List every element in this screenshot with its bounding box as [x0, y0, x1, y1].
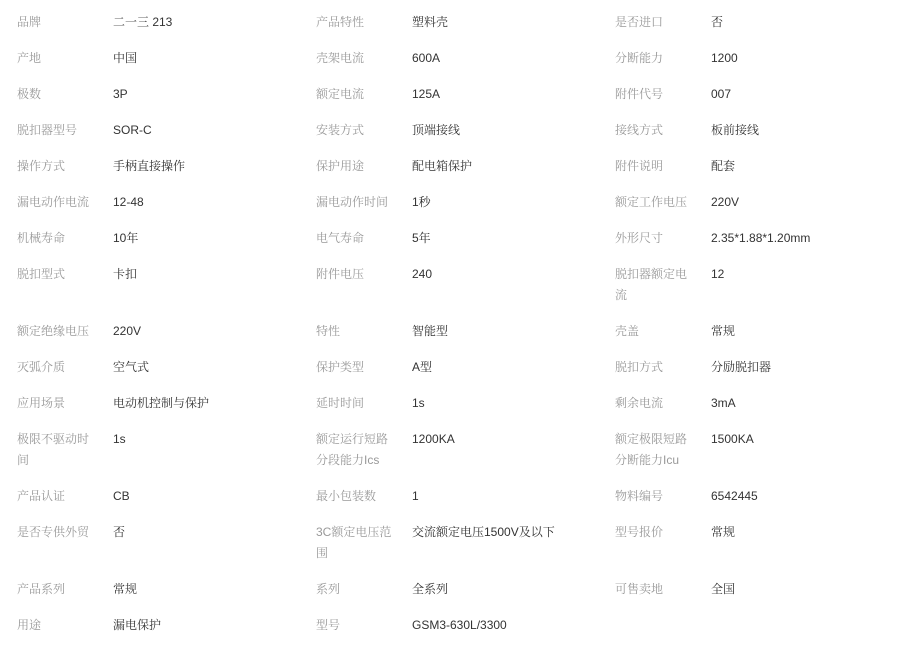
spec-label: 漏电动作电流: [17, 192, 93, 213]
spec-label: 脱扣型式: [17, 264, 93, 285]
spec-label: 额定电流: [316, 84, 392, 105]
spec-item: 漏电动作时间1秒: [316, 184, 615, 220]
spec-label: 是否进口: [615, 12, 691, 33]
spec-value: 全系列: [412, 579, 615, 600]
spec-item: 额定运行短路分段能力Ics1200KA: [316, 421, 615, 478]
spec-item: 电气寿命5年: [316, 220, 615, 256]
spec-label: 机械寿命: [17, 228, 93, 249]
spec-value: 12: [711, 264, 914, 285]
spec-label: 极限不驱动时间: [17, 429, 93, 471]
spec-label: 保护类型: [316, 357, 392, 378]
spec-item: 外形尺寸2.35*1.88*1.20mm: [615, 220, 914, 256]
spec-value: 3P: [113, 84, 316, 105]
spec-label: 额定极限短路分断能力Icu: [615, 429, 691, 471]
spec-item: 型号报价常规: [615, 514, 914, 571]
spec-value: 1s: [113, 429, 316, 450]
spec-item: 操作方式手柄直接操作: [17, 148, 316, 184]
spec-item: 保护类型A型: [316, 349, 615, 385]
spec-label: 保护用途: [316, 156, 392, 177]
spec-label: 接线方式: [615, 120, 691, 141]
spec-value: 常规: [711, 522, 914, 543]
spec-value: 配电箱保护: [412, 156, 615, 177]
spec-value: 2.35*1.88*1.20mm: [711, 228, 914, 249]
spec-label: 特性: [316, 321, 392, 342]
spec-value: 分励脱扣器: [711, 357, 914, 378]
spec-label: 外形尺寸: [615, 228, 691, 249]
spec-item: 型号GSM3-630L/3300: [316, 607, 615, 643]
spec-item: 应用场景电动机控制与保护: [17, 385, 316, 421]
spec-value: 240: [412, 264, 615, 285]
spec-label: 脱扣器额定电流: [615, 264, 691, 306]
spec-value: 220V: [113, 321, 316, 342]
spec-label: 附件说明: [615, 156, 691, 177]
spec-label: 操作方式: [17, 156, 93, 177]
spec-item: 产品认证CB: [17, 478, 316, 514]
spec-item: 脱扣器额定电流12: [615, 256, 914, 313]
spec-value: 卡扣: [113, 264, 316, 285]
spec-value: 5年: [412, 228, 615, 249]
spec-item: 极限不驱动时间1s: [17, 421, 316, 478]
spec-label: 壳盖: [615, 321, 691, 342]
spec-label: 附件电压: [316, 264, 392, 285]
spec-item: 产品特性塑料壳: [316, 4, 615, 40]
spec-value: 中国: [113, 48, 316, 69]
spec-item: 可售卖地全国: [615, 571, 914, 607]
spec-label: 产品系列: [17, 579, 93, 600]
spec-value: 1s: [412, 393, 615, 414]
spec-label: 脱扣方式: [615, 357, 691, 378]
spec-label: 是否专供外贸: [17, 522, 93, 543]
spec-value: 常规: [711, 321, 914, 342]
spec-value: 电动机控制与保护: [113, 393, 316, 414]
spec-item: 脱扣方式分励脱扣器: [615, 349, 914, 385]
spec-value: 10年: [113, 228, 316, 249]
spec-value: 3mA: [711, 393, 914, 414]
spec-value: 交流额定电压1500V及以下: [412, 522, 615, 543]
spec-item: 附件说明配套: [615, 148, 914, 184]
spec-item: 脱扣型式卡扣: [17, 256, 316, 313]
spec-item: 壳盖常规: [615, 313, 914, 349]
spec-value: 12-48: [113, 192, 316, 213]
spec-value: 6542445: [711, 486, 914, 507]
spec-label: 额定绝缘电压: [17, 321, 93, 342]
spec-value: GSM3-630L/3300: [412, 615, 615, 636]
spec-label: 漏电动作时间: [316, 192, 392, 213]
spec-item: 灭弧介质空气式: [17, 349, 316, 385]
spec-item: 接线方式板前接线: [615, 112, 914, 148]
spec-item: 附件代号007: [615, 76, 914, 112]
spec-item: 产品系列常规: [17, 571, 316, 607]
spec-label: 剩余电流: [615, 393, 691, 414]
spec-value: 1: [412, 486, 615, 507]
spec-item-empty: [615, 607, 914, 643]
spec-value: 1500KA: [711, 429, 914, 450]
spec-value: A型: [412, 357, 615, 378]
spec-label: 灭弧介质: [17, 357, 93, 378]
spec-value: 1秒: [412, 192, 615, 213]
spec-item: 额定电流125A: [316, 76, 615, 112]
spec-label: 壳架电流: [316, 48, 392, 69]
spec-item: 最小包装数1: [316, 478, 615, 514]
spec-label: 3C额定电压范围: [316, 522, 392, 564]
spec-item: 额定工作电压220V: [615, 184, 914, 220]
spec-label: 应用场景: [17, 393, 93, 414]
spec-label: 极数: [17, 84, 93, 105]
spec-item: 保护用途配电箱保护: [316, 148, 615, 184]
spec-value: 1200: [711, 48, 914, 69]
spec-item: 是否进口否: [615, 4, 914, 40]
spec-item: 极数3P: [17, 76, 316, 112]
spec-item: 额定绝缘电压220V: [17, 313, 316, 349]
spec-value: 空气式: [113, 357, 316, 378]
spec-item: 物料编号6542445: [615, 478, 914, 514]
spec-label: 用途: [17, 615, 93, 636]
spec-value: 125A: [412, 84, 615, 105]
spec-value: 否: [711, 12, 914, 33]
spec-label: 产品认证: [17, 486, 93, 507]
spec-item: 分断能力1200: [615, 40, 914, 76]
spec-label: 延时时间: [316, 393, 392, 414]
spec-label: 系列: [316, 579, 392, 600]
spec-label: 额定运行短路分段能力Ics: [316, 429, 392, 471]
spec-value: 全国: [711, 579, 914, 600]
spec-value: 二一三 213: [113, 12, 316, 33]
spec-item: 剩余电流3mA: [615, 385, 914, 421]
spec-value: CB: [113, 486, 316, 507]
spec-item: 壳架电流600A: [316, 40, 615, 76]
spec-item: 漏电动作电流12-48: [17, 184, 316, 220]
spec-value: 手柄直接操作: [113, 156, 316, 177]
spec-value: 智能型: [412, 321, 615, 342]
spec-item: 延时时间1s: [316, 385, 615, 421]
spec-value: 220V: [711, 192, 914, 213]
spec-item: 额定极限短路分断能力Icu1500KA: [615, 421, 914, 478]
spec-item: 特性智能型: [316, 313, 615, 349]
spec-value: 漏电保护: [113, 615, 316, 636]
spec-label: 最小包装数: [316, 486, 392, 507]
spec-label: 脱扣器型号: [17, 120, 93, 141]
spec-item: 脱扣器型号SOR-C: [17, 112, 316, 148]
spec-label: 产地: [17, 48, 93, 69]
spec-label: 电气寿命: [316, 228, 392, 249]
spec-value: 007: [711, 84, 914, 105]
product-specs-table: 品牌二一三 213产品特性塑料壳是否进口否产地中国壳架电流600A分断能力120…: [0, 0, 916, 643]
spec-label: 安装方式: [316, 120, 392, 141]
spec-value: SOR-C: [113, 120, 316, 141]
spec-label: 附件代号: [615, 84, 691, 105]
spec-item: 安装方式顶端接线: [316, 112, 615, 148]
spec-label: 分断能力: [615, 48, 691, 69]
spec-value: 塑料壳: [412, 12, 615, 33]
spec-value: 1200KA: [412, 429, 615, 450]
spec-item: 系列全系列: [316, 571, 615, 607]
spec-item: 产地中国: [17, 40, 316, 76]
spec-value: 板前接线: [711, 120, 914, 141]
spec-label: 可售卖地: [615, 579, 691, 600]
spec-item: 3C额定电压范围交流额定电压1500V及以下: [316, 514, 615, 571]
spec-value: 600A: [412, 48, 615, 69]
spec-item: 机械寿命10年: [17, 220, 316, 256]
spec-value: 常规: [113, 579, 316, 600]
spec-item: 是否专供外贸否: [17, 514, 316, 571]
spec-label: 产品特性: [316, 12, 392, 33]
spec-label: 品牌: [17, 12, 93, 33]
spec-label: 型号报价: [615, 522, 691, 543]
spec-item: 品牌二一三 213: [17, 4, 316, 40]
spec-value: 顶端接线: [412, 120, 615, 141]
spec-value: 否: [113, 522, 316, 543]
spec-label: 额定工作电压: [615, 192, 691, 213]
spec-label: 物料编号: [615, 486, 691, 507]
spec-label: 型号: [316, 615, 392, 636]
spec-item: 附件电压240: [316, 256, 615, 313]
spec-item: 用途漏电保护: [17, 607, 316, 643]
spec-value: 配套: [711, 156, 914, 177]
